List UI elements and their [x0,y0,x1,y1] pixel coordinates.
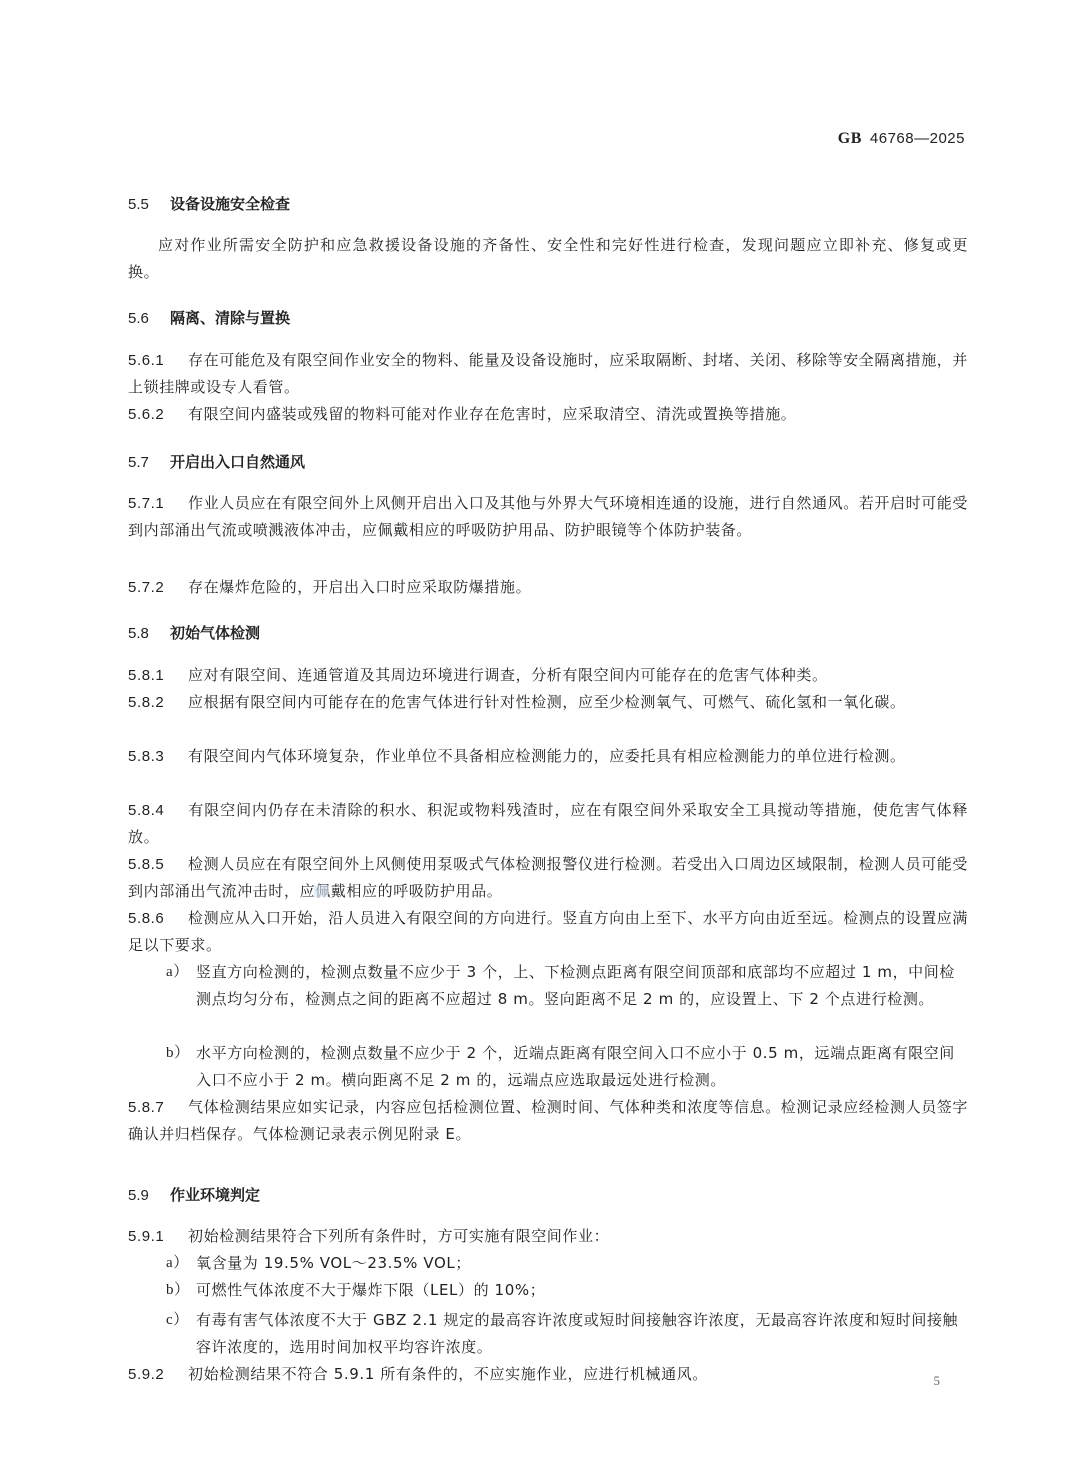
page-number: 5 [934,1373,941,1389]
standard-number: 46768—2025 [870,130,965,147]
document-page: GB46768—2025 5.5设备设施安全检查 应对作业所需安全防护和应急救援… [0,0,1080,1464]
clause-5-8-6-item-b: b）水平方向检测的，检测点数量不应少于 2 个，近端点距离有限空间入口不应小于 … [166,1040,968,1094]
section-heading-5-9: 5.9作业环境判定 [128,1181,260,1209]
clause-5-8-4: 5.8.4有限空间内仍存在未清除的积水、积泥或物料残渣时，应在有限空间外采取安全… [128,797,968,851]
section-heading-5-5: 5.5设备设施安全检查 [128,190,290,218]
clause-5-7-2: 5.7.2存在爆炸危险的，开启出入口时应采取防爆措施。 [128,574,968,601]
standard-code: GB46768—2025 [838,130,965,148]
section-heading-5-8: 5.8初始气体检测 [128,619,260,647]
clause-5-6-1: 5.6.1存在可能危及有限空间作业安全的物料、能量及设备设施时，应采取隔断、封堵… [128,347,968,401]
clause-5-9-1: 5.9.1初始检测结果符合下列所有条件时，方可实施有限空间作业： [128,1223,968,1250]
clause-5-9-1-item-c: c）有毒有害气体浓度不大于 GBZ 2.1 规定的最高容许浓度或短时间接触容许浓… [166,1307,968,1361]
standard-prefix: GB [838,130,862,147]
clause-5-8-3: 5.8.3有限空间内气体环境复杂，作业单位不具备相应检测能力的，应委托具有相应检… [128,743,968,770]
watermark-mark [314,885,328,897]
section-heading-5-6: 5.6隔离、清除与置换 [128,304,290,332]
paragraph-5-5: 应对作业所需安全防护和应急救援设备设施的齐备性、安全性和完好性进行检查，发现问题… [128,232,968,286]
clause-5-9-2: 5.9.2初始检测结果不符合 5.9.1 所有条件的，不应实施作业，应进行机械通… [128,1361,968,1388]
section-heading-5-7: 5.7开启出入口自然通风 [128,448,305,476]
clause-5-8-2: 5.8.2应根据有限空间内可能存在的危害气体进行针对性检测，应至少检测氧气、可燃… [128,689,968,716]
clause-5-8-6: 5.8.6检测应从入口开始，沿人员进入有限空间的方向进行。竖直方向由上至下、水平… [128,905,968,959]
clause-5-8-7: 5.8.7气体检测结果应如实记录，内容应包括检测位置、检测时间、气体种类和浓度等… [128,1094,968,1148]
clause-5-9-1-item-a: a）氧含量为 19.5% VOL～23.5% VOL； [166,1250,968,1277]
clause-5-6-2: 5.6.2有限空间内盛装或残留的物料可能对作业存在危害时，应采取清空、清洗或置换… [128,401,968,428]
clause-5-8-1: 5.8.1应对有限空间、连通管道及其周边环境进行调查，分析有限空间内可能存在的危… [128,662,968,689]
clause-5-7-1: 5.7.1作业人员应在有限空间外上风侧开启出入口及其他与外界大气环境相连通的设施… [128,490,968,544]
clause-5-9-1-item-b: b）可燃性气体浓度不大于爆炸下限（LEL）的 10%； [166,1277,968,1304]
clause-5-8-5: 5.8.5检测人员应在有限空间外上风侧使用泵吸式气体检测报警仪进行检测。若受出入… [128,851,968,905]
clause-5-8-6-item-a: a）竖直方向检测的，检测点数量不应少于 3 个，上、下检测点距离有限空间顶部和底… [166,959,968,1013]
